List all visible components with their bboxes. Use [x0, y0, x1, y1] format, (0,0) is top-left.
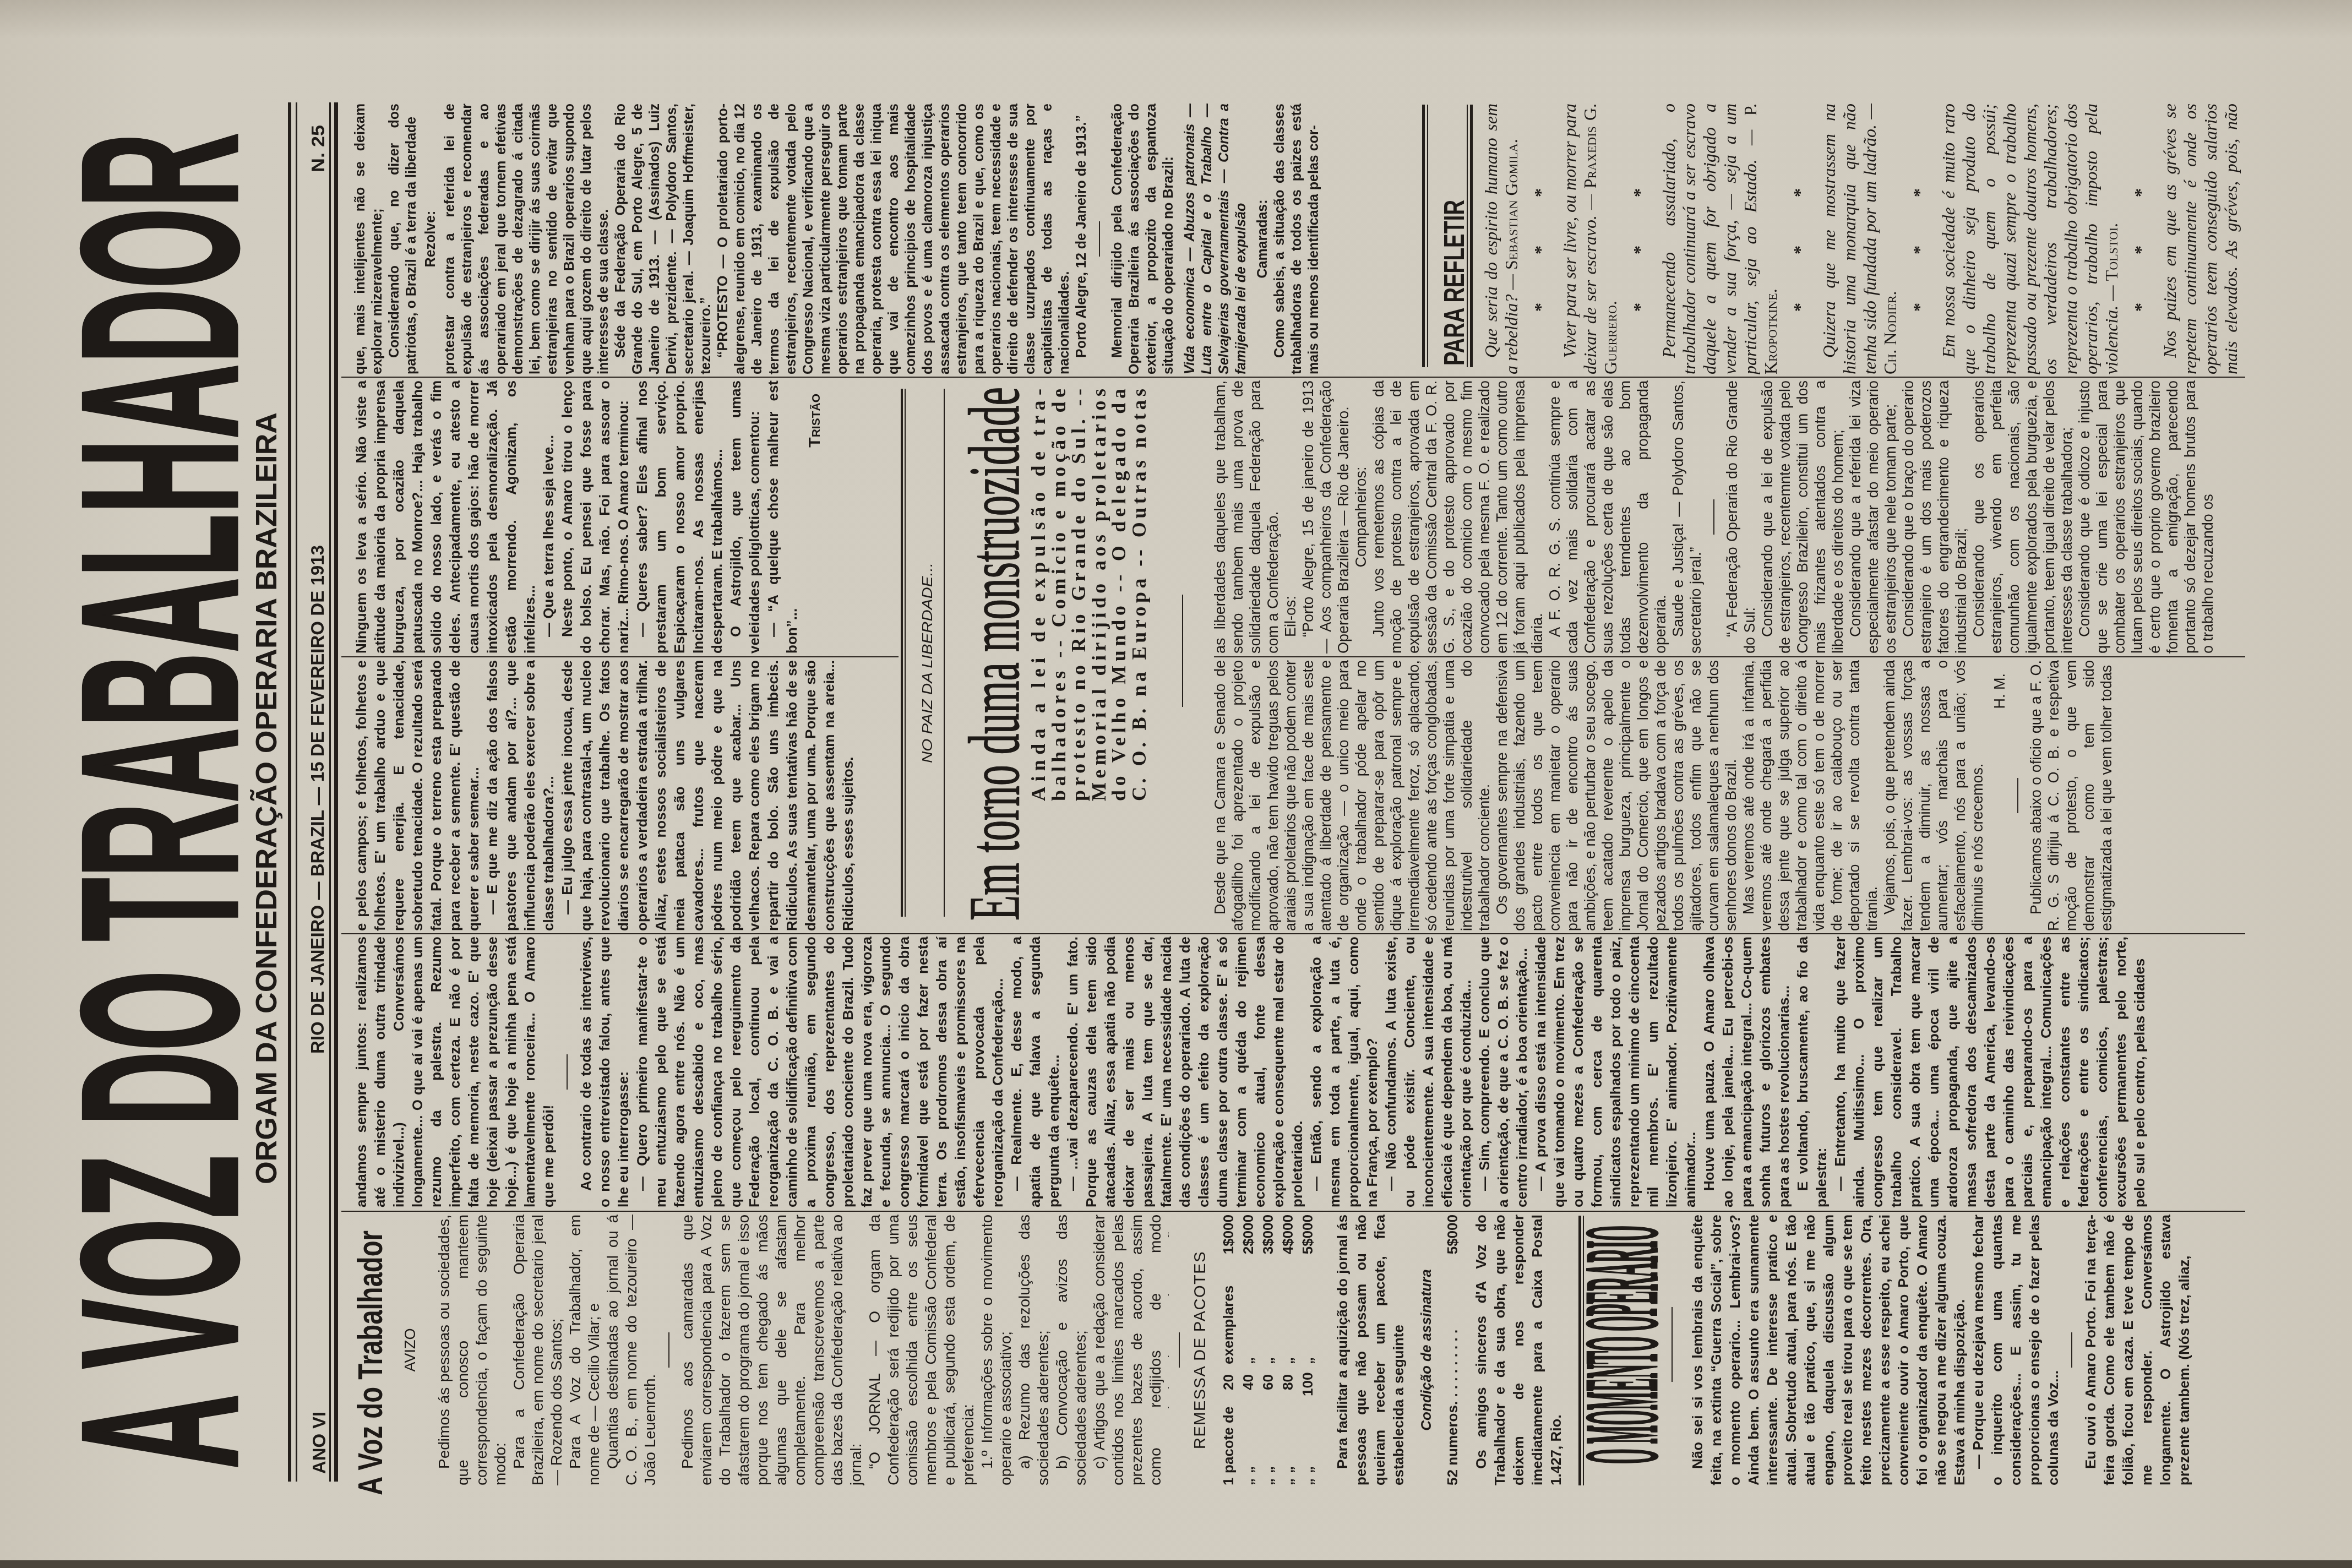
issue-number: N. 25	[308, 125, 329, 172]
quote-dash: —	[1501, 274, 1521, 290]
interview-paragraph: E voltando, bruscamente, ao fio da pales…	[1793, 937, 1831, 1207]
remessa-section: REMESSA DE PACOTES 1pacote de20exemplare…	[1170, 1215, 1576, 1485]
article-paragraph: Vejamos, pois, o que pretendem ainda faz…	[1881, 660, 1986, 931]
notice-title: A Voz do Trabalhador	[351, 1231, 390, 1495]
subhead-line: do Velho Mundo -- O delegado da	[1108, 389, 1130, 801]
subhead-line: protesto no Rio Grande do Sul. --	[1068, 389, 1090, 801]
interview-paragraph: — Então, sendo a exploração a mesma em t…	[1306, 937, 1381, 1207]
row-count: 1	[1218, 1473, 1238, 1485]
rule	[944, 389, 945, 917]
notice-paragraph: Para a Confederação Operaria Brazileira,…	[510, 1215, 566, 1485]
quote-text: Em nossa sociedade é muito raro que o di…	[1939, 104, 2121, 374]
article-paragraph: Publicamos abaixo o oficio que a F. O. R…	[2027, 660, 2115, 931]
interview-paragraph: Neste ponto, o Amaro tirou o lenço do bo…	[558, 380, 633, 654]
row-unit: „	[1258, 1300, 1278, 1372]
price-row: 1pacote de20exemplares1$000	[1218, 1215, 1238, 1485]
quote-author: Ch. Nodier.	[1880, 291, 1900, 374]
subscription-heading: Condição de assinatura	[1417, 1215, 1435, 1485]
spacer	[1210, 1215, 1218, 1485]
double-rule-thick	[1422, 105, 1425, 367]
double-rule-thick	[1470, 105, 1473, 367]
interview-paragraph: e pelos campos; e folhetos, folhetos e f…	[352, 660, 483, 931]
row-desc: „	[1278, 1396, 1298, 1473]
quote-dash: —	[1860, 104, 1880, 119]
spacer	[1408, 1215, 1417, 1485]
motion-paragraph: Considerando que, no dizer dos patriotas…	[386, 104, 420, 374]
motion-paragraph: Considerando que a referida lei viza esp…	[1847, 380, 1899, 654]
notice-paragraph: Pedimos ás pessoas ou sociedades, que co…	[435, 1215, 510, 1485]
column-rule	[341, 1211, 2245, 1212]
row-qty: 60	[1258, 1372, 1278, 1396]
motion-paragraph: Considerando que o braço do operario est…	[1899, 380, 1970, 654]
motion-paragraph: Considerando que a lei de expulsão de es…	[1758, 380, 1847, 654]
separator-rule	[567, 1054, 568, 1090]
header-rule-thick	[334, 102, 338, 1482]
quote-author: Sebastian Gomila.	[1501, 139, 1521, 270]
quote: Nos paizes em que as gréves se repetem c…	[2160, 104, 2244, 374]
header-rule-thin	[296, 102, 297, 1482]
motion-paragraph: Considerando que é odiozo e injusto que …	[2076, 380, 2217, 654]
row-count: „	[1278, 1473, 1298, 1485]
motion-paragraph: protestar contra a referida lei de expul…	[442, 104, 612, 374]
row-price: 4$000	[1278, 1215, 1298, 1300]
interview-paragraph: — “A quelque chose malheur est bon”...	[764, 380, 801, 654]
double-rule-thin	[905, 389, 906, 917]
notice-heading: AVIZO	[401, 1215, 420, 1485]
interview-paragraph: — E que me diz da ação dos falsos pastor…	[483, 660, 558, 931]
interview-paragraph: Não sei si vos lembrais da enquête feita…	[1688, 1215, 1969, 1485]
row-count: „	[1238, 1473, 1258, 1485]
memorial-salutation: Camaradas:	[1254, 104, 1271, 374]
photo-edge	[0, 1560, 2352, 1568]
request-paragraph: c) Artigos que a redação considerar cont…	[1090, 1215, 1169, 1485]
newspaper-page: A VOZ DO TRABALHADOR ORGAM DA CONFEDERAÇ…	[0, 0, 2352, 1568]
article-headline: Em torno duma monstruozidade	[954, 387, 1035, 921]
column-1-article: Não sei si vos lembrais da enquête feita…	[1688, 1215, 2244, 1485]
row-unit: „	[1238, 1300, 1258, 1372]
article-paragraph: Os governantes sempre na defensiva dos g…	[1493, 660, 1740, 931]
quote-dash: —	[1740, 130, 1760, 145]
article-paragraph: Desde que na Camara e Senado de afogadil…	[1211, 660, 1493, 931]
newspaper-subtitle: ORGAM DA CONFEDERAÇÃO OPERARIA BRAZILEIR…	[250, 412, 283, 1184]
separator-rule	[2017, 778, 2018, 813]
remessa-note: Para facilitar a aquizição do jornal ás …	[1333, 1215, 1408, 1485]
column-2: andamos sempre juntos: realizamos até o …	[352, 937, 2241, 1207]
interview-paragraph: — A prova disso está na intensidade que …	[1531, 937, 1700, 1207]
appeal-paragraph: Os amigos sinceros d'A Voz do Trabalhado…	[1472, 1215, 1565, 1485]
double-rule-thin	[1467, 105, 1468, 367]
request-paragraph: Pedimos aos camaradas que enviarem corre…	[678, 1215, 865, 1485]
photo-shade	[0, 0, 2352, 39]
memorial-topics: Vida economica — Abuzos patronais — Luta…	[1182, 104, 1250, 374]
motion-paragraph: Séde da Federação Operaria do Rio Grande…	[612, 104, 715, 374]
dateline: RIO DE JANEIRO — BRAZIL — 15 DE FEVEREIR…	[307, 545, 328, 1054]
article-paragraph: Mas veremos até onde irá a infamia, vere…	[1740, 660, 1881, 931]
motion-resolve-heading: Rezolve:	[422, 104, 439, 374]
interview-paragraph: — Entretanto, ha muito que fazer ainda. …	[1831, 937, 2149, 1207]
quote: Em nossa sociedade é muito raro que o di…	[1939, 104, 2122, 374]
interview-paragraph: — Sim, compreendo. E concluo que a orien…	[1475, 937, 1531, 1207]
row-unit: „	[1298, 1300, 1317, 1372]
motion-paragraph: que, mais intelijentes não se deixam exp…	[352, 104, 386, 374]
row-qty: 100	[1298, 1372, 1317, 1396]
subscription-row: 52 numeros. . . . . . . . . . 5$000	[1443, 1215, 1462, 1485]
separator-rule	[1179, 1332, 1180, 1368]
interview-paragraph: — Porque eu dezejava mesmo fechar o inqu…	[1969, 1215, 2062, 1485]
quote: Quizera que me mostrassem na historia um…	[1819, 104, 1901, 374]
divider-stars: * * *	[1790, 104, 1810, 374]
article-paragraph: Eil-os:	[1282, 380, 1299, 654]
masthead: A VOZ DO TRABALHADOR ORGAM DA CONFEDERAÇ…	[0, 0, 344, 1568]
row-unit: exemplares	[1218, 1300, 1238, 1372]
spacer	[1462, 1215, 1472, 1485]
row-price: 2$000	[1238, 1215, 1258, 1300]
column-4-upper: Ninguem os leva a sério. Não viste a ati…	[352, 380, 898, 654]
subhead-line: balhadores -- Comicio e moção de	[1048, 389, 1070, 801]
spacer	[1317, 1215, 1333, 1485]
header-rule-thick	[288, 102, 291, 1482]
subscription-price: 5$000	[1443, 1215, 1462, 1254]
notice-title-box: A Voz do Trabalhador	[347, 1209, 388, 1495]
interview-paragraph: O Astrojildo, que teem umas veleidades p…	[726, 380, 764, 654]
request-paragraph: 1.º Informações sobre o movimento operar…	[978, 1215, 1015, 1485]
quote-dash: —	[2101, 285, 2121, 301]
double-rule-thin	[1427, 105, 1428, 367]
row-price: 3$000	[1258, 1215, 1278, 1300]
separator-rule	[2071, 1332, 2072, 1368]
row-desc: „	[1258, 1396, 1278, 1473]
column-rule	[341, 933, 2245, 934]
row-count: „	[1258, 1473, 1278, 1485]
interview-paragraph: — Que a terra lhes seja leve...	[539, 380, 558, 654]
letter-paragraph: Saude e Justiça! — Polydoro Santos, secr…	[1669, 380, 1705, 654]
interview-paragraph: Eu ouvi o Amaro Porto. Foi na terça-feir…	[2081, 1215, 2193, 1485]
interview-paragraph: andamos sempre juntos: realizamos até o …	[352, 937, 558, 1207]
quotes-section: Que seria do espirito humano sem a rebel…	[1481, 104, 2244, 374]
column-3-lower: Desde que na Camara e Senado de afogadil…	[1211, 660, 2244, 931]
interview-paragraph: — Realmente. E, desse modo, a apatia de …	[1007, 937, 1063, 1207]
notice-paragraph: Para A Voz do Trabalhador, em nome de — …	[566, 1215, 603, 1485]
price-row: „„80„4$000	[1278, 1215, 1298, 1485]
divider-stars: * * *	[2131, 104, 2151, 374]
notice-paragraph: Quantias destinadas ao jornal ou á C. O.…	[603, 1215, 660, 1485]
quote-author: Tolstoi.	[2101, 223, 2121, 281]
subscription-label: 52 numeros. . . . . . . . . .	[1443, 1330, 1462, 1485]
memorial-paragraph: Memorial dirijido pela Confederação Oper…	[1109, 104, 1177, 374]
interview-paragraph: — Eu julgo essa jente inocua, desde que …	[558, 660, 857, 931]
article-header: NO PAIZ DA LIBERDADE... Em torno duma mo…	[897, 379, 1214, 933]
column-5: que, mais intelijentes não se deixam exp…	[352, 104, 1419, 374]
subhead-line: C. O. B. na Europa -- Outras notas	[1128, 389, 1150, 801]
header-rule-thin	[329, 102, 331, 1482]
interview-paragraph: Ninguem os leva a sério. Não viste a ati…	[352, 380, 539, 654]
row-desc: „	[1238, 1396, 1258, 1473]
interview-paragraph: Ao contrario de todas as interviews, o n…	[576, 937, 633, 1207]
quote-text: Nos paizes em que as gréves se repetem c…	[2160, 104, 2244, 374]
double-rule-thick	[901, 389, 903, 917]
column-4-lower: as liberdades daqueles que trabalham, se…	[1211, 380, 2244, 654]
letter-paragraph: “Porto Alegre, 15 de janeiro de 1913 — A…	[1299, 380, 1352, 654]
price-row: „„100„5$000	[1298, 1215, 1317, 1485]
row-unit: „	[1278, 1300, 1298, 1372]
request-paragraph: a) Rezumo das rezoluções das sociedades …	[1015, 1215, 1053, 1485]
letter-salutation: Companheiros:	[1352, 380, 1370, 654]
row-qty: 20	[1218, 1372, 1238, 1396]
short-rule	[1182, 595, 1183, 707]
request-paragraph: “O JORNAL — O orgam da Confederação será…	[865, 1215, 978, 1485]
separator-rule	[1099, 221, 1100, 257]
para-refletir-header: PARA REFLETIR	[1419, 104, 1480, 374]
row-price: 1$000	[1218, 1215, 1238, 1300]
interview-paragraph: — ...vai dezaparecendo. E' um fato. Porq…	[1063, 937, 1306, 1207]
price-row: „„40„2$000	[1238, 1215, 1258, 1485]
memorial-paragraph: Como sabeis, a situação das classes trab…	[1271, 104, 1322, 374]
interview-paragraph: — Queres saber? Eles afinal nos prestara…	[633, 380, 726, 654]
newspaper-title: A VOZ DO TRABALHADOR	[35, 133, 284, 1469]
protest-paragraph: Porto Alegre, 12 de Janeiro de 1913.”	[1073, 104, 1090, 374]
interview-paragraph: — Quero primeiro manifestar-te o meu ent…	[633, 937, 1007, 1207]
row-qty: 40	[1238, 1372, 1258, 1396]
column-3-upper: e pelos campos; e folhetos, folhetos e f…	[352, 660, 898, 931]
section-kicker: NO PAIZ DA LIBERDADE...	[919, 563, 935, 763]
remessa-heading: REMESSA DE PACOTES	[1191, 1215, 1210, 1485]
column-rule	[341, 656, 899, 657]
motion-paragraph: “A Federação Operaria do Rio Grande do S…	[1723, 380, 1758, 654]
article-paragraph: as liberdades daqueles que trabalham, se…	[1211, 380, 1282, 654]
subhead-line: Memorial dirijido aos proletarios	[1088, 389, 1110, 801]
letter-paragraph: Junto vos remetemos as cópias da moção d…	[1370, 380, 1546, 654]
divider-stars: * * *	[1531, 104, 1551, 374]
row-desc: „	[1298, 1396, 1317, 1473]
volume-label: ANO VI	[309, 1412, 330, 1474]
row-price: 5$000	[1298, 1215, 1317, 1300]
column-rule	[1214, 656, 2245, 657]
spacer	[420, 1215, 435, 1485]
author-signature: Tristão	[805, 380, 824, 654]
row-desc: pacote de	[1218, 1396, 1238, 1473]
momento-operario-heading: O MOMENTO OPERARIO	[1564, 1226, 1679, 1464]
author-signature: H. M.	[1991, 660, 2008, 931]
divider-stars: * * *	[1909, 104, 1930, 374]
quote-text: Quizera que me mostrassem na historia um…	[1819, 104, 1880, 374]
interview-paragraph: Houve uma pauza. O Amaro olhava ao lonje…	[1700, 937, 1793, 1207]
para-refletir-heading: PARA REFLETIR	[1439, 200, 1471, 366]
quote-dash: —	[1580, 194, 1600, 209]
letter-paragraph: A F. O. R. G. S. continúa sempre e cada …	[1546, 380, 1669, 654]
quote: Permanecendo assalariado, o trabalhador …	[1659, 104, 1781, 374]
request-paragraph: b) Convocação e avizos das sociedades ad…	[1053, 1215, 1090, 1485]
momento-operario-header: O MOMENTO OPERARIO	[1576, 1215, 1689, 1485]
row-qty: 80	[1278, 1372, 1298, 1396]
notice-section: AVIZO Pedimos ás pessoas ou sociedades, …	[401, 1215, 1169, 1485]
quote: Viver para ser livre, ou morrer para dei…	[1560, 104, 1621, 374]
spacer	[1435, 1215, 1443, 1485]
divider-stars: * * *	[1630, 104, 1650, 374]
motion-paragraph: Considerando que os operarios estranjeir…	[1970, 380, 2076, 654]
quote: Que seria do espirito humano sem a rebel…	[1481, 104, 1522, 374]
column-rule	[341, 377, 2245, 378]
separator-rule	[1713, 499, 1714, 535]
interview-paragraph: — Não confundamos. A luta existe, ou pód…	[1381, 937, 1475, 1207]
protest-paragraph: “PROTESTO — O proletariado porto-alegren…	[715, 104, 1073, 374]
separator-rule	[668, 1332, 669, 1368]
row-count: „	[1298, 1473, 1317, 1485]
price-row: „„60„3$000	[1258, 1215, 1278, 1485]
short-rule	[1672, 1307, 1673, 1382]
